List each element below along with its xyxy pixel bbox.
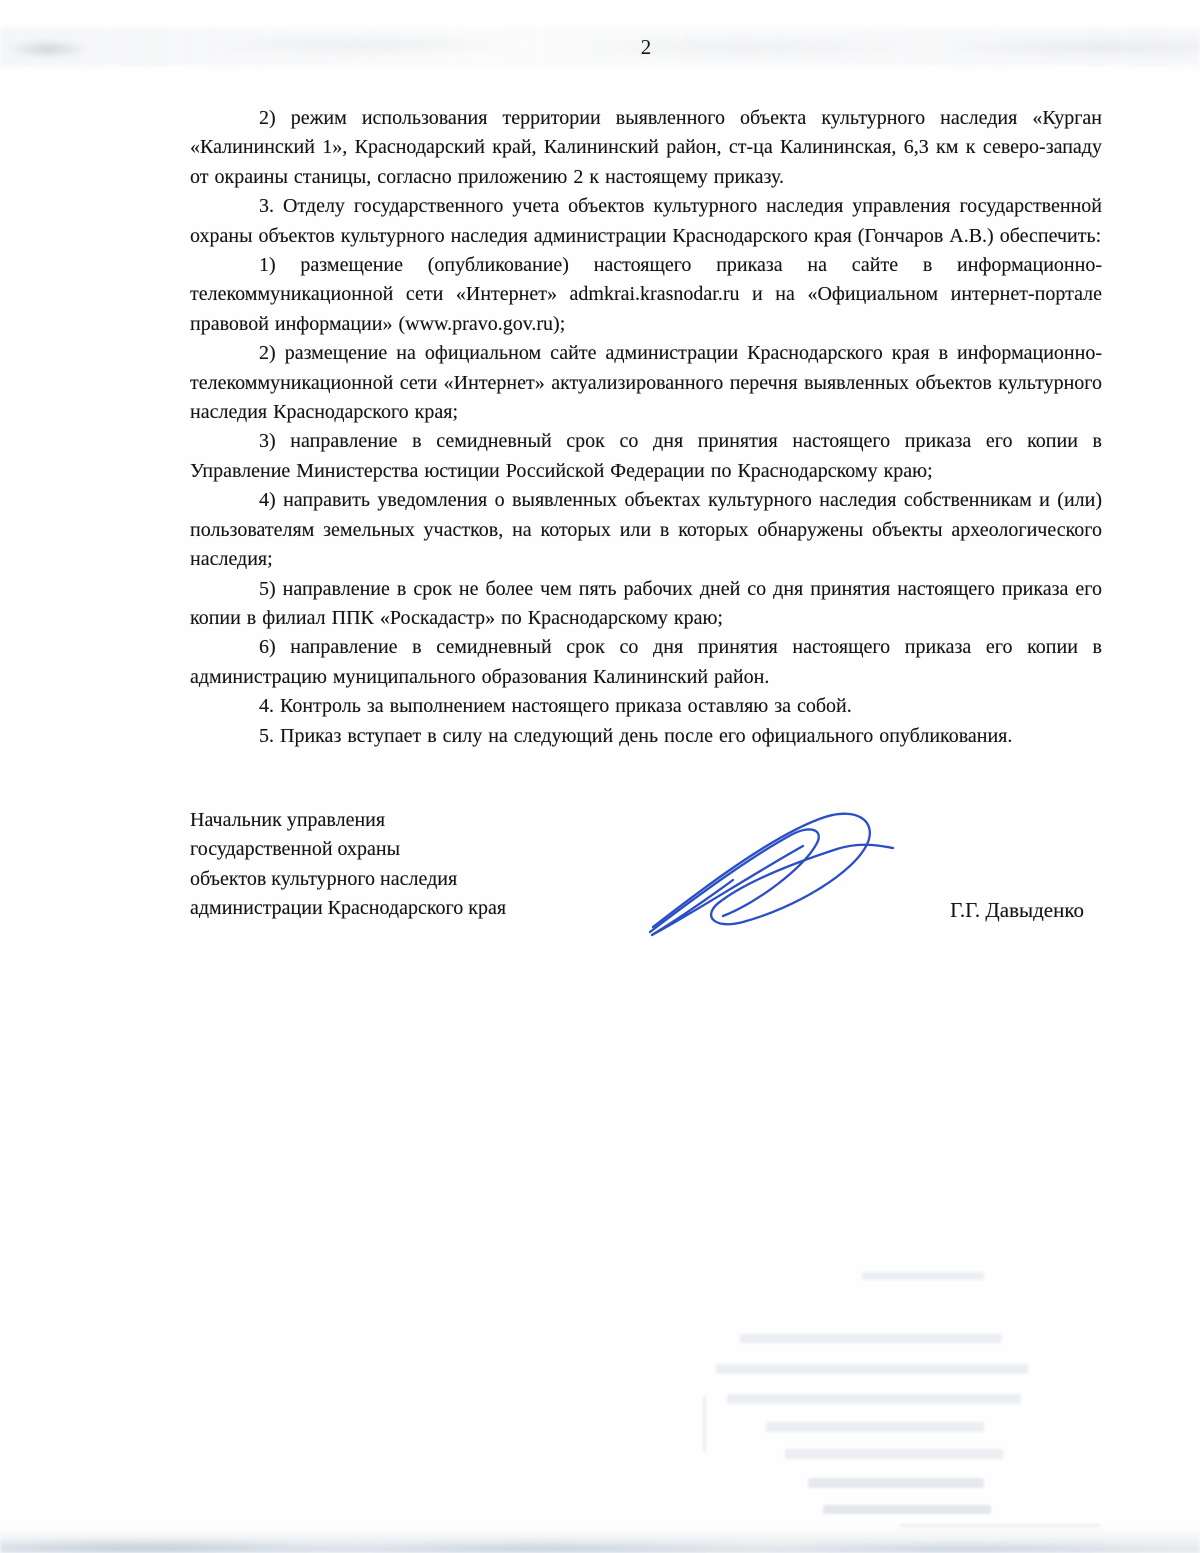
bleedthrough-line — [862, 1272, 984, 1280]
page-number: 2 — [190, 34, 1102, 60]
bleedthrough-line — [703, 1396, 706, 1452]
bleedthrough-line — [766, 1422, 984, 1432]
signatory-position: Начальник управления государственной охр… — [190, 806, 506, 924]
bleedthrough-line — [716, 1364, 1028, 1374]
paragraph-item-2-regime: 2) режим использования территории выявле… — [190, 104, 1102, 192]
paragraph-sub-5-roskadastr: 5) направление в срок не более чем пять … — [190, 575, 1102, 634]
bleedthrough-line — [823, 1505, 991, 1514]
document-body: 2) режим использования территории выявле… — [190, 104, 1102, 924]
paragraph-item-5-effective-date: 5. Приказ вступает в силу на следующий д… — [190, 722, 1102, 751]
bleedthrough-line — [785, 1449, 1003, 1459]
signatory-name: Г.Г. Давыденко — [950, 898, 1102, 924]
signature-block: Начальник управления государственной охр… — [190, 806, 1102, 924]
bleedthrough-line — [740, 1334, 1002, 1343]
document-page: 2 2) режим использования территории выяв… — [0, 0, 1200, 1553]
paragraph-sub-1-publication: 1) размещение (опубликование) настоящего… — [190, 251, 1102, 339]
paragraph-item-4-control: 4. Контроль за выполнением настоящего пр… — [190, 692, 1102, 721]
paragraph-sub-4-notifications: 4) направить уведомления о выявленных об… — [190, 486, 1102, 574]
paragraph-sub-6-municipality: 6) направление в семидневный срок со дня… — [190, 633, 1102, 692]
handwritten-signature-ink — [645, 804, 899, 940]
bleedthrough-line — [727, 1394, 1021, 1404]
scan-artifact-bottom — [0, 1527, 1200, 1553]
paragraph-sub-2-site-list: 2) размещение на официальном сайте админ… — [190, 339, 1102, 427]
bleedthrough-line — [808, 1478, 984, 1488]
paragraph-item-3-department: 3. Отделу государственного учета объекто… — [190, 192, 1102, 251]
paragraph-sub-3-justice-ministry: 3) направление в семидневный срок со дня… — [190, 427, 1102, 486]
